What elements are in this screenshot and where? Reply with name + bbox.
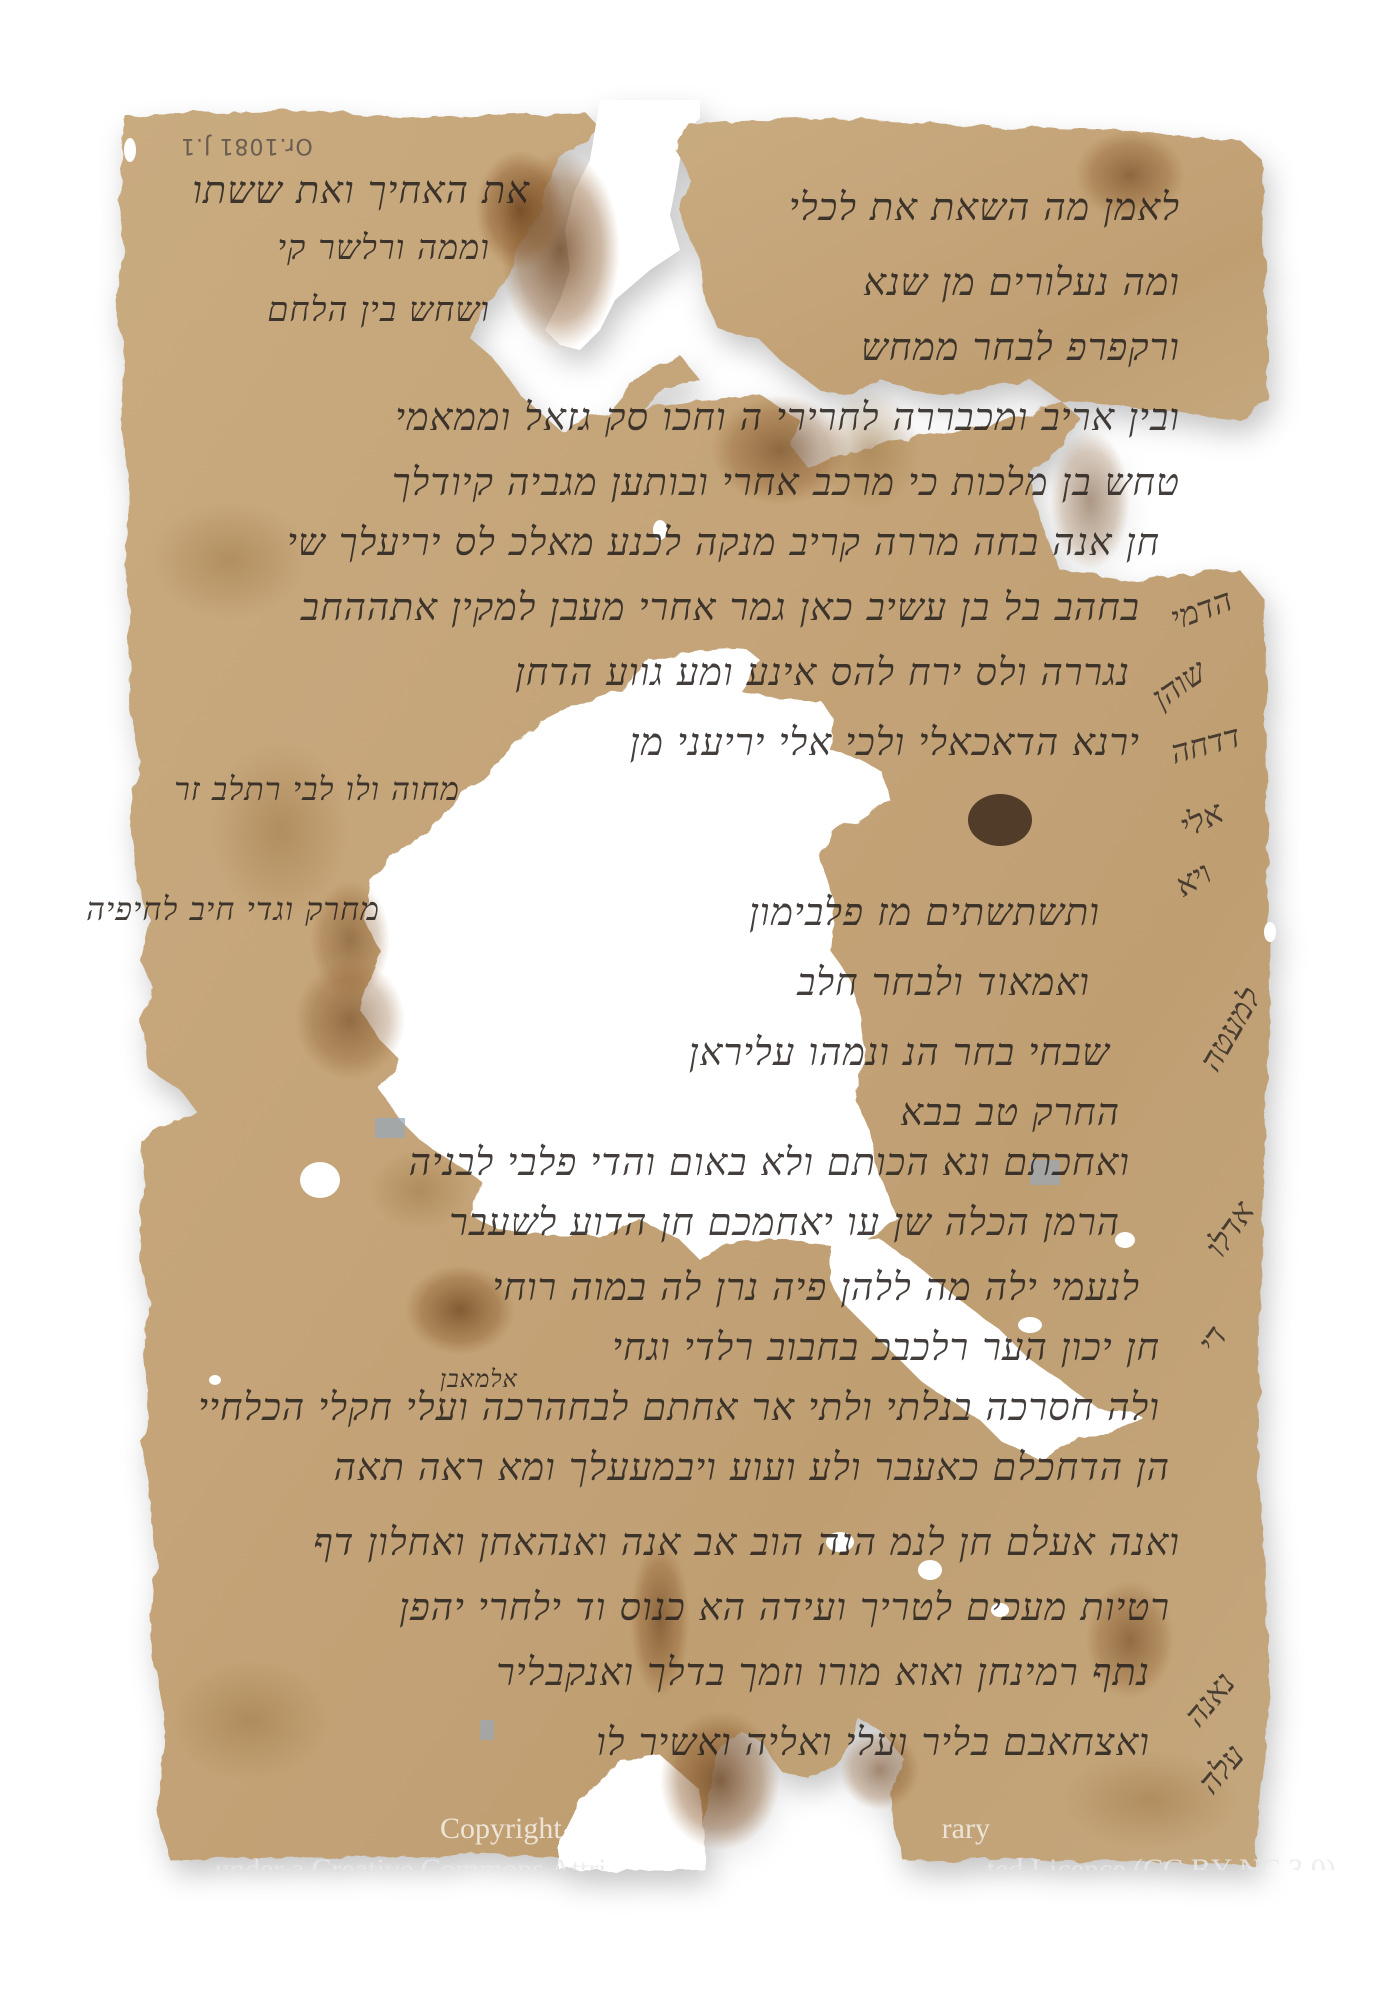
text-line: ובין אריב ומכבררה לחרירי ה וחכו סק גזאל … — [160, 395, 1180, 440]
copyright-watermark: Copyrightrary — [440, 1812, 990, 1846]
text-line: ושחש בין הלחם — [150, 290, 490, 330]
text-line: לאמן מה השאת את לכלי — [740, 185, 1180, 230]
text-line: לנעמי ילה מה ללהן פיה נרן לה במוה רוחי — [140, 1265, 1140, 1310]
text-line: נגררה ולס ירח להס אינע ומע גווע הדחן — [150, 650, 1130, 695]
licence-text-start: under a Creative Commons Attri — [215, 1853, 607, 1870]
text-line: ולה חסרכה בנלתי ולתי אר אחתם לבחהרכה ועל… — [160, 1385, 1160, 1430]
copyright-text-end: rary — [942, 1812, 990, 1845]
text-line: ירנא הדאכאלי ולכי אלי יריעני מן — [740, 720, 1140, 765]
text-line: ותשתשתים מז פלבימון — [860, 890, 1100, 935]
text-line: הן הדחכלם כאעבר ולע ועוע ויבמעעלך ומא רא… — [150, 1445, 1170, 1490]
text-line: ואמאוד ולבחר חלב — [870, 960, 1090, 1005]
text-line: חן יכון הער רלכבכ בחבוב רלדי וגחי — [160, 1325, 1160, 1370]
shelfmark-label: Or.1081 J.1 — [180, 133, 313, 158]
text-line: נתף רמינחן ואוא מורו וזמך בדלך ואנקבליר — [150, 1650, 1150, 1695]
text-line: ואחכתם ונא הכותם ולא באום והדי פלבי לבני… — [230, 1140, 1130, 1185]
licence-watermark: under a Creative Commons Attrited Licenc… — [215, 1850, 1336, 1870]
licence-text-end: ted Licence (CC BY-NC 3.0) — [987, 1853, 1336, 1870]
text-line: ורקפרפ לבחר ממחש — [720, 325, 1180, 370]
text-line: ואצחאבם בליר ועלי ואליה ואשיר לו — [170, 1720, 1150, 1765]
text-line: מחרק וגדי חיב לחיפיה — [200, 890, 380, 928]
text-line: בחהב בל בן עשיב כאן גמר אחרי מעבן למקין … — [130, 585, 1140, 630]
text-line: שבחי בחר הנ ונמהו עליראן — [880, 1030, 1110, 1075]
text-line: טחש בן מלכות כי מרכב אחרי ובותען מגביה ק… — [140, 460, 1180, 505]
text-line: החרק טב בבא — [890, 1090, 1120, 1135]
text-line: וממה ורלשר קי — [250, 228, 490, 268]
text-line: את האחיך ואת ששתו — [140, 168, 530, 213]
text-line: רטיות מעכים לטריך ועידה הא כנוס וד ילחרי… — [160, 1585, 1170, 1630]
text-line: הרמן הכלה שן עו יאחמכם חן הדוע לשעבר — [190, 1200, 1120, 1245]
interlinear-note: אלמאבן — [440, 1365, 518, 1394]
text-line: מחוה ולו לבי רתלב זר — [160, 770, 460, 808]
text-line: ומה נעלורים מן שנא — [780, 260, 1180, 305]
copyright-text-start: Copyright — [440, 1812, 562, 1845]
text-line: ואנה אעלם חן לנמ הנה הוב אב אנה ואנהאחן … — [150, 1520, 1180, 1565]
text-line: חן אנה בחה מררה קריב מנקה לכנע מאלכ לס י… — [160, 520, 1160, 565]
manuscript-viewer: Or.1081 J.1 את האחיך ואת ששתו לאמן מה הש… — [0, 0, 1400, 2000]
